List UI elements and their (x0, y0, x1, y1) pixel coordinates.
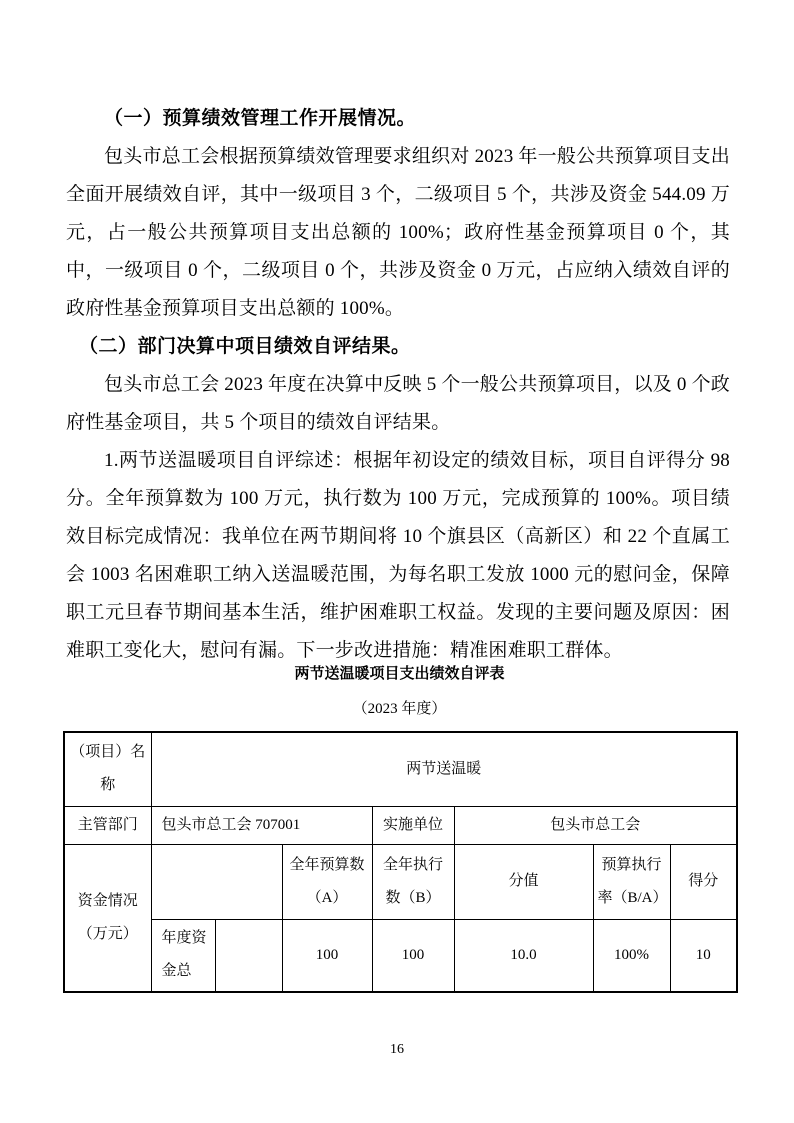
performance-table: （项目）名 称 两节送温暖 主管部门 包头市总工会 707001 实施单位 包头… (63, 731, 738, 993)
section-2-paragraph-1: 包头市总工会 2023 年度在决算中反映 5 个一般公共预算项目，以及 0 个政… (66, 366, 730, 442)
score-header-cell: 分值 (454, 844, 593, 919)
annual-funds-row-label-cell: 年度资 金总 (151, 919, 215, 992)
dept-value-cell: 包头市总工会 707001 (151, 806, 372, 844)
exec-header-cell: 全年执行 数（B） (372, 844, 454, 919)
rate-value-cell: 100% (593, 919, 670, 992)
budget-value-cell: 100 (282, 919, 372, 992)
points-header-cell: 得分 (670, 844, 737, 919)
table-row: 资金情况 （万元） 全年预算数 （A） 全年执行 数（B） 分值 预算执行 率（… (64, 844, 737, 919)
funds-label-cell: 资金情况 （万元） (64, 844, 151, 992)
project-name-value-cell: 两节送温暖 (151, 732, 737, 806)
table-row: 年度资 金总 100 100 10.0 100% 10 (64, 919, 737, 992)
impl-value-cell: 包头市总工会 (454, 806, 737, 844)
table-row: （项目）名 称 两节送温暖 (64, 732, 737, 806)
document-page: （一）预算绩效管理工作开展情况。 包头市总工会根据预算绩效管理要求组织对 202… (0, 0, 794, 1123)
project-name-label-cell: （项目）名 称 (64, 732, 151, 806)
table-subtitle: （2023 年度） (63, 698, 736, 720)
annual-funds-empty-cell (215, 919, 282, 992)
budget-header-cell: 全年预算数 （A） (282, 844, 372, 919)
table-row: 主管部门 包头市总工会 707001 实施单位 包头市总工会 (64, 806, 737, 844)
impl-label-cell: 实施单位 (372, 806, 454, 844)
section-2-heading: （二）部门决算中项目绩效自评结果。 (66, 328, 730, 366)
section-1-paragraph-1: 包头市总工会根据预算绩效管理要求组织对 2023 年一般公共预算项目支出全面开展… (66, 138, 730, 328)
exec-value-cell: 100 (372, 919, 454, 992)
rate-header-cell: 预算执行 率（B/A） (593, 844, 670, 919)
dept-label-cell: 主管部门 (64, 806, 151, 844)
document-body: （一）预算绩效管理工作开展情况。 包头市总工会根据预算绩效管理要求组织对 202… (66, 100, 730, 670)
table-title: 两节送温暖项目支出绩效自评表 (63, 663, 736, 685)
score-value-cell: 10.0 (454, 919, 593, 992)
funds-subcategory-header-cell (151, 844, 282, 919)
self-evaluation-table-section: 两节送温暖项目支出绩效自评表 （2023 年度） （项目）名 称 两节送温暖 主… (63, 663, 736, 993)
section-2-paragraph-2: 1.两节送温暖项目自评综述：根据年初设定的绩效目标，项目自评得分 98 分。全年… (66, 442, 730, 670)
page-number: 16 (0, 1040, 794, 1060)
section-1-heading: （一）预算绩效管理工作开展情况。 (66, 100, 730, 138)
points-value-cell: 10 (670, 919, 737, 992)
